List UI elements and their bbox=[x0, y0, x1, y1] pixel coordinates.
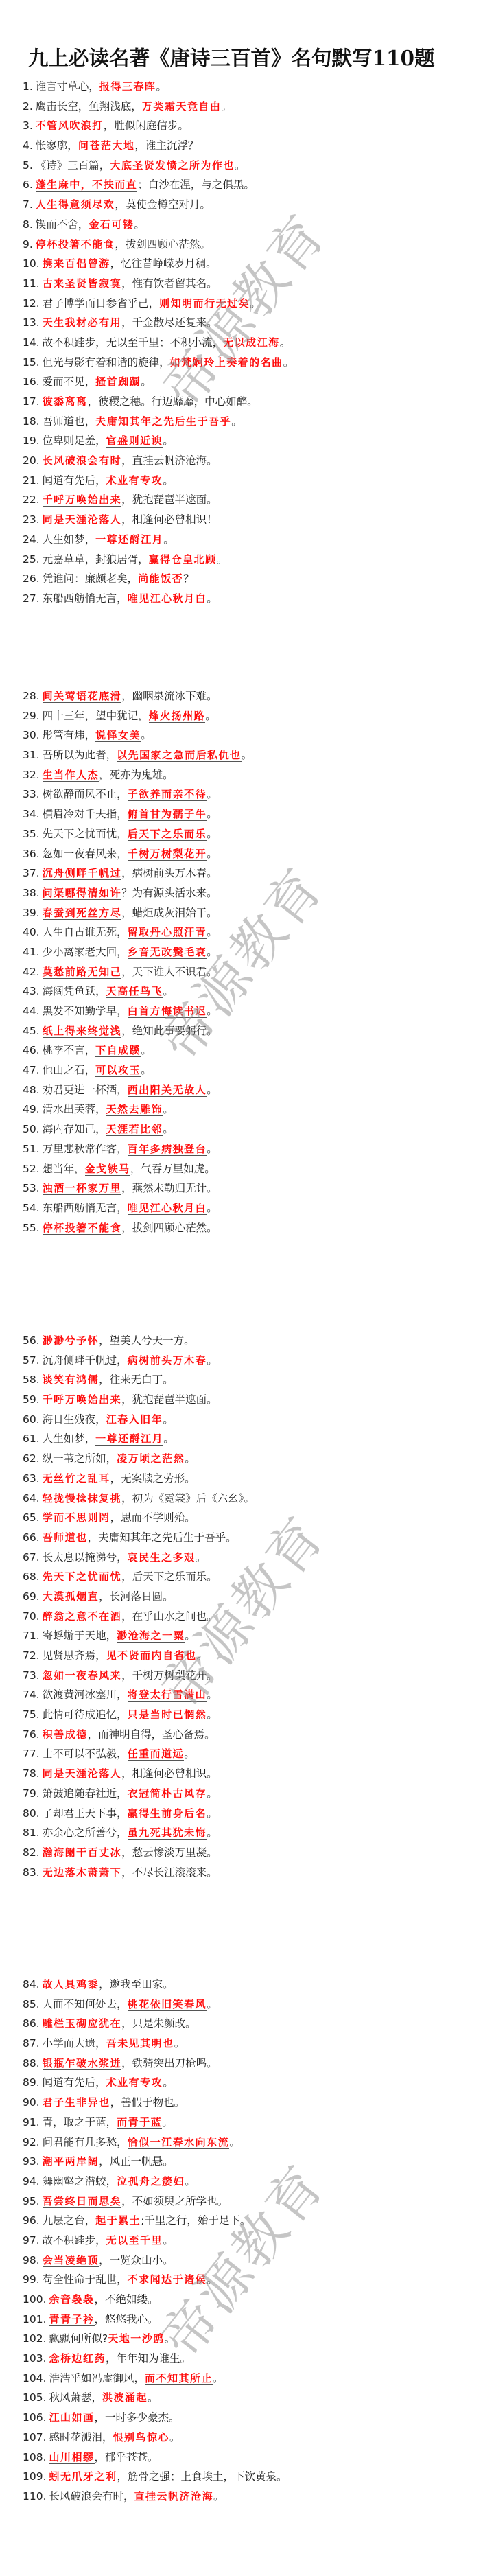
answer-blank: 春蚕到死丝方尽 bbox=[43, 907, 122, 920]
prompt-text: 。 bbox=[134, 218, 145, 231]
prompt-text: 吾所以为此者， bbox=[43, 749, 117, 761]
prompt-text: 树欲静而风不止， bbox=[43, 788, 128, 800]
question-item: 51.万里悲秋常作客，百年多病独登台。 bbox=[23, 1139, 475, 1159]
question-number: 24. bbox=[23, 530, 40, 550]
prompt-text: 小学而大遗， bbox=[43, 2037, 106, 2050]
question-number: 57. bbox=[23, 1351, 40, 1371]
prompt-text: ，往来无白丁。 bbox=[99, 1373, 174, 1386]
prompt-text: 先天下之忧而忧， bbox=[43, 828, 128, 840]
prompt-text: ，夫庸知其年之先后生于吾乎。 bbox=[88, 1531, 237, 1544]
prompt-text: 。 bbox=[207, 946, 217, 958]
question-item: 75.此情可待成追忆，只是当时已惘然。 bbox=[23, 1705, 475, 1725]
question-item: 108.山川相缪，郁乎苍苍。 bbox=[23, 2448, 475, 2468]
question-item: 100.余音袅袅，不绝如缕。 bbox=[23, 2290, 475, 2310]
question-item: 74.欲渡黄河冰塞川，将登太行雪满山。 bbox=[23, 1685, 475, 1705]
prompt-text: 闻道有先后， bbox=[43, 2076, 106, 2089]
prompt-text: 。 bbox=[162, 2116, 173, 2128]
question-number: 38. bbox=[23, 883, 40, 903]
question-item: 50.海内存知己，天涯若比邻。 bbox=[23, 1119, 475, 1139]
prompt-text: 寄蜉蝣于天地， bbox=[43, 1629, 117, 1642]
prompt-text: 君子博学而日参省乎己， bbox=[43, 297, 160, 310]
answer-blank: 大底圣贤发愤之所为作也 bbox=[110, 159, 235, 172]
prompt-text: 。 bbox=[207, 1708, 217, 1721]
prompt-text: 。 bbox=[207, 1005, 217, 1017]
prompt-text: ，郁乎苍苍。 bbox=[95, 2451, 158, 2463]
prompt-text: 。 bbox=[207, 1998, 217, 2010]
prompt-text: 忽如一夜春风来， bbox=[43, 848, 128, 860]
question-item: 49.清水出芙蓉，天然去雕饰。 bbox=[23, 1100, 475, 1119]
prompt-text: 。 bbox=[141, 729, 152, 741]
question-section-3: 56.渺渺兮予怀，望美人兮天一方。57.沉舟侧畔千帆过，病树前头万木春。58.谈… bbox=[23, 1331, 475, 1882]
answer-blank: 银瓶乍破水浆迸 bbox=[43, 2057, 122, 2070]
prompt-text: 人生如梦， bbox=[43, 533, 96, 546]
question-number: 5. bbox=[23, 156, 33, 176]
answer-blank: 古来圣贤皆寂寞 bbox=[43, 277, 122, 290]
prompt-text: ，铁骑突出刀枪鸣。 bbox=[121, 2057, 217, 2069]
question-number: 99. bbox=[23, 2270, 40, 2290]
answer-blank: 问渠哪得清如许 bbox=[43, 887, 122, 900]
question-item: 72.见贤思齐焉，见不贤而内自省也。 bbox=[23, 1646, 475, 1666]
answer-blank: 则知明而行无过矣 bbox=[159, 297, 250, 310]
question-item: 107.感时花溅泪，恨别鸟惊心。 bbox=[23, 2428, 475, 2448]
answer-blank: 报得三春晖 bbox=[99, 80, 156, 93]
prompt-text: 。 bbox=[163, 1123, 174, 1135]
question-item: 19.位卑则足羞，官盛则近谀。 bbox=[23, 431, 475, 451]
prompt-text: 凭谁问：廉颇老矣， bbox=[43, 572, 139, 585]
question-item: 102.飘飘何所似?天地一沙鸥。 bbox=[23, 2329, 475, 2349]
prompt-text: ，相逢何必曾相识。 bbox=[121, 1767, 217, 1780]
question-number: 83. bbox=[23, 1863, 40, 1883]
prompt-text: ，长河落日圆。 bbox=[99, 1590, 174, 1603]
question-number: 78. bbox=[23, 1764, 40, 1784]
answer-blank: 渺渺兮予怀 bbox=[43, 1334, 99, 1347]
prompt-text: 横眉冷对千夫指， bbox=[43, 808, 128, 820]
answer-blank: 子欲养而亲不待 bbox=[128, 788, 207, 801]
prompt-text: 。 bbox=[207, 1807, 217, 1820]
question-number: 13. bbox=[23, 313, 40, 333]
question-number: 22. bbox=[23, 490, 40, 510]
question-item: 65.学而不思则罔，思而不学则殆。 bbox=[23, 1508, 475, 1528]
answer-blank: 潮平两岸阔 bbox=[43, 2155, 99, 2168]
prompt-text: ，一览众山小。 bbox=[99, 2254, 174, 2266]
question-item: 3.不管风吹浪打，胜似闲庭信步。 bbox=[23, 116, 475, 136]
answer-blank: 下自成蹊 bbox=[95, 1044, 141, 1057]
prompt-text: 。 bbox=[229, 2136, 240, 2148]
question-number: 15. bbox=[23, 353, 40, 373]
answer-blank: 千呼万唤始出来 bbox=[43, 1393, 122, 1406]
prompt-text: 长太息以掩涕兮， bbox=[43, 1551, 128, 1564]
prompt-text: 爱而不见， bbox=[43, 375, 96, 388]
prompt-text: 故不积跬步， bbox=[43, 2234, 106, 2247]
prompt-text: ，拔剑四顾心茫然。 bbox=[115, 238, 211, 251]
question-number: 98. bbox=[23, 2251, 40, 2271]
answer-blank: 渺沧海之一粟 bbox=[117, 1629, 185, 1643]
answer-blank: 无以成江海 bbox=[223, 336, 280, 349]
prompt-text: 。 bbox=[165, 2332, 176, 2345]
question-number: 37. bbox=[23, 863, 40, 883]
prompt-text: ；白沙在涅，与之俱黑。 bbox=[137, 178, 255, 191]
answer-blank: 吾师道也 bbox=[43, 1531, 88, 1544]
prompt-text: 。 bbox=[163, 1103, 174, 1115]
prompt-text: 彤管有炜， bbox=[43, 729, 96, 741]
question-number: 108. bbox=[23, 2448, 47, 2468]
question-item: 9.停杯投箸不能食，拔剑四顾心茫然。 bbox=[23, 235, 475, 255]
question-number: 71. bbox=[23, 1626, 40, 1646]
prompt-text: ，筋骨之强；上食埃土，下饮黄泉。 bbox=[117, 2470, 287, 2483]
question-item: 10.携来百侣曾游，忆往昔峥嵘岁月稠。 bbox=[23, 254, 475, 274]
question-item: 48.劝君更进一杯酒，西出阳关无故人。 bbox=[23, 1080, 475, 1100]
answer-blank: 说怿女美 bbox=[95, 729, 141, 742]
prompt-text: 。 bbox=[163, 2076, 174, 2089]
answer-blank: 蚓无爪牙之利 bbox=[49, 2470, 117, 2483]
prompt-text: 。 bbox=[163, 1413, 174, 1426]
question-number: 74. bbox=[23, 1685, 40, 1705]
prompt-text: ？为有源头活水来。 bbox=[121, 887, 217, 899]
question-item: 14.故不积跬步，无以至千里；不积小流，无以成江海。 bbox=[23, 333, 475, 353]
prompt-text: 。 bbox=[217, 553, 228, 566]
question-number: 12. bbox=[23, 294, 40, 314]
prompt-text: 。 bbox=[207, 808, 217, 820]
prompt-text: 浩浩乎如冯虚御风， bbox=[49, 2372, 145, 2384]
prompt-text: ，悠悠我心。 bbox=[95, 2313, 158, 2325]
prompt-text: 九层之台， bbox=[43, 2214, 96, 2227]
question-number: 19. bbox=[23, 431, 40, 451]
answer-blank: 金石可镂 bbox=[89, 218, 134, 231]
prompt-text: 海内存知己， bbox=[43, 1123, 106, 1135]
question-item: 35.先天下之忧而忧，后天下之乐而乐。 bbox=[23, 824, 475, 844]
question-number: 58. bbox=[23, 1370, 40, 1390]
prompt-text: 。 bbox=[163, 434, 174, 447]
answer-blank: 纸上得来终觉浅 bbox=[43, 1025, 122, 1038]
prompt-text: 。 bbox=[207, 592, 217, 605]
question-item: 80.了却君王天下事，赢得生前身后名。 bbox=[23, 1804, 475, 1824]
question-number: 49. bbox=[23, 1100, 40, 1119]
answer-blank: 江山如画 bbox=[49, 2411, 95, 2424]
answer-blank: 而不知其所止 bbox=[145, 2372, 213, 2385]
prompt-text: ，不尽长江滚滚来。 bbox=[121, 1866, 217, 1879]
prompt-text: 万里悲秋常作客， bbox=[43, 1143, 128, 1155]
prompt-text: ，直挂云帆济沧海。 bbox=[121, 454, 217, 467]
question-number: 33. bbox=[23, 785, 40, 804]
question-number: 3. bbox=[23, 116, 33, 136]
prompt-text: 。 bbox=[231, 415, 242, 428]
question-item: 55.停杯投箸不能食，拔剑四顾心茫然。 bbox=[23, 1218, 475, 1238]
prompt-text: 。 bbox=[197, 1649, 208, 1662]
question-number: 51. bbox=[23, 1139, 40, 1159]
prompt-text: 人生自古谁无死， bbox=[43, 926, 128, 938]
question-number: 73. bbox=[23, 1666, 40, 1686]
question-item: 63.无丝竹之乱耳，无案牍之劳形。 bbox=[23, 1469, 475, 1489]
question-number: 82. bbox=[23, 1843, 40, 1863]
question-item: 7.人生得意须尽欢，莫使金樽空对月。 bbox=[23, 195, 475, 215]
answer-blank: 哀民生之多艰 bbox=[128, 1551, 196, 1564]
question-number: 92. bbox=[23, 2133, 40, 2153]
question-item: 4.怅寥廓，问苍茫大地，谁主沉浮？ bbox=[23, 136, 475, 156]
question-item: 70.醉翁之意不在酒，在乎山水之间也。 bbox=[23, 1607, 475, 1627]
question-number: 42. bbox=[23, 962, 40, 982]
prompt-text: 问君能有几多愁， bbox=[43, 2136, 128, 2148]
prompt-text: 。 bbox=[169, 2431, 180, 2444]
question-item: 87.小学而大遗，吾未见其明也。 bbox=[23, 2034, 475, 2054]
question-number: 65. bbox=[23, 1508, 40, 1528]
prompt-text: 东船西舫悄无言， bbox=[43, 1202, 128, 1214]
question-item: 21.闻道有先后，术业有专攻。 bbox=[23, 471, 475, 491]
question-item: 88.银瓶乍破水浆迸，铁骑突出刀枪鸣。 bbox=[23, 2054, 475, 2074]
prompt-text: 。 bbox=[141, 1044, 152, 1056]
question-item: 66.吾师道也，夫庸知其年之先后生于吾乎。 bbox=[23, 1528, 475, 1548]
question-number: 95. bbox=[23, 2192, 40, 2212]
prompt-text: ，忆往昔峥嵘岁月稠。 bbox=[110, 257, 217, 270]
question-number: 56. bbox=[23, 1331, 40, 1351]
question-item: 32.生当作人杰，死亦为鬼雄。 bbox=[23, 765, 475, 785]
question-number: 28. bbox=[23, 686, 40, 706]
prompt-text: 位卑则足羞， bbox=[43, 434, 106, 447]
prompt-text: 此情可待成追忆， bbox=[43, 1708, 128, 1721]
question-item: 22.千呼万唤始出来，犹抱琵琶半遮面。 bbox=[23, 490, 475, 510]
question-item: 59.千呼万唤始出来，犹抱琵琶半遮面。 bbox=[23, 1390, 475, 1410]
question-section-1: 1.谁言寸草心，报得三春晖。2.鹰击长空，鱼翔浅底，万类霜天竞自由。3.不管风吹… bbox=[23, 77, 475, 609]
answer-blank: 青青子衿 bbox=[49, 2313, 95, 2326]
question-number: 110. bbox=[23, 2487, 47, 2507]
answer-blank: 只是当时已惘然 bbox=[128, 1708, 207, 1721]
answer-blank: 谈笑有鸿儒 bbox=[43, 1373, 99, 1386]
answer-blank: 任重而道远 bbox=[128, 1748, 185, 1761]
question-item: 58.谈笑有鸿儒，往来无白丁。 bbox=[23, 1370, 475, 1390]
answer-blank: 停杯投箸不能食 bbox=[36, 238, 115, 251]
question-number: 67. bbox=[23, 1548, 40, 1568]
answer-blank: 江春入旧年 bbox=[106, 1413, 163, 1426]
prompt-text: 。 bbox=[283, 356, 294, 369]
prompt-text: ，一时多少豪杰。 bbox=[95, 2411, 180, 2424]
question-number: 68. bbox=[23, 1567, 40, 1587]
question-item: 60.海日生残夜，江春入旧年。 bbox=[23, 1410, 475, 1430]
question-number: 91. bbox=[23, 2113, 40, 2133]
answer-blank: 可以攻玉 bbox=[95, 1064, 141, 1077]
question-item: 97.故不积跬步，无以至千里。 bbox=[23, 2231, 475, 2251]
prompt-text: 故不积跬步，无以至千里；不积小流， bbox=[43, 336, 224, 349]
question-number: 50. bbox=[23, 1119, 40, 1139]
answer-blank: 无边落木萧萧下 bbox=[43, 1866, 122, 1879]
answer-blank: 天地一沙鸥 bbox=[108, 2332, 165, 2345]
prompt-text: ，无案牍之劳形。 bbox=[110, 1472, 196, 1485]
question-item: 62.纵一苇之所如，凌万顷之茫然。 bbox=[23, 1449, 475, 1469]
answer-blank: 无以至千里 bbox=[106, 2234, 163, 2247]
prompt-text: 。 bbox=[163, 2234, 174, 2247]
answer-blank: 沉舟侧畔千帆过 bbox=[43, 867, 122, 880]
question-item: 45.纸上得来终觉浅，绝知此事要躬行。 bbox=[23, 1021, 475, 1041]
answer-blank: 无丝竹之乱耳 bbox=[43, 1472, 110, 1485]
answer-blank: 雕栏玉砌应犹在 bbox=[43, 2017, 122, 2030]
prompt-text: 。 bbox=[207, 848, 217, 860]
answer-blank: 将登太行雪满山 bbox=[128, 1689, 207, 1702]
prompt-text: 。 bbox=[250, 297, 261, 310]
prompt-text: ，而神明自得，圣心备焉。 bbox=[88, 1728, 215, 1741]
question-item: 23.同是天涯沦落人，相逢何必曾相识！ bbox=[23, 510, 475, 530]
prompt-text: 。 bbox=[174, 2037, 185, 2050]
question-number: 107. bbox=[23, 2428, 47, 2448]
answer-blank: 会当凌绝顶 bbox=[43, 2254, 99, 2267]
answer-blank: 天高任鸟飞 bbox=[106, 985, 163, 998]
question-item: 73.忽如一夜春风来，千树万树梨花开。 bbox=[23, 1666, 475, 1686]
question-number: 6. bbox=[23, 175, 33, 195]
question-item: 26.凭谁问：廉颇老矣，尚能饭否？ bbox=[23, 569, 475, 589]
question-number: 100. bbox=[23, 2290, 47, 2310]
prompt-text: 。 bbox=[163, 1432, 174, 1445]
question-number: 26. bbox=[23, 569, 40, 589]
answer-blank: 彼黍离离 bbox=[43, 395, 88, 408]
answer-blank: 念桥边红药 bbox=[49, 2352, 106, 2365]
question-item: 93.潮平两岸阔，风正一帆悬。 bbox=[23, 2152, 475, 2172]
prompt-text: 纵一苇之所如， bbox=[43, 1452, 117, 1465]
question-number: 2. bbox=[23, 97, 33, 117]
question-item: 69.大漠孤烟直，长河落日圆。 bbox=[23, 1587, 475, 1607]
question-item: 81.亦余心之所善兮，虽九死其犹未悔。 bbox=[23, 1823, 475, 1843]
question-number: 60. bbox=[23, 1410, 40, 1430]
prompt-text: 亦余心之所善兮， bbox=[43, 1826, 128, 1839]
prompt-text: 了却君王天下事， bbox=[43, 1807, 128, 1820]
prompt-text: 海阔凭鱼跃， bbox=[43, 985, 106, 997]
prompt-text: ，燕然未勒归无计。 bbox=[121, 1182, 217, 1194]
question-number: 104. bbox=[23, 2369, 47, 2389]
prompt-text: ，不绝如缕。 bbox=[95, 2293, 158, 2306]
answer-blank: 凌万顷之茫然 bbox=[117, 1452, 185, 1465]
question-item: 90.君子生非异也，善假于物也。 bbox=[23, 2093, 475, 2113]
prompt-text: 想当年， bbox=[43, 1163, 85, 1175]
prompt-text: ，千树万树梨花开。 bbox=[121, 1669, 217, 1682]
question-item: 91.青，取之于蓝，而青于蓝。 bbox=[23, 2113, 475, 2133]
prompt-text: 。 bbox=[185, 1452, 196, 1465]
prompt-text: 清水出芙蓉， bbox=[43, 1103, 106, 1115]
question-item: 27.东船西舫悄无言，唯见江心秋月白。 bbox=[23, 589, 475, 609]
question-number: 30. bbox=[23, 726, 40, 745]
question-number: 41. bbox=[23, 942, 40, 962]
prompt-text: ，绝知此事要躬行。 bbox=[121, 1025, 217, 1037]
answer-blank: 同是天涯沦落人 bbox=[43, 1767, 122, 1780]
prompt-text: 。 bbox=[207, 788, 217, 800]
question-item: 68.先天下之忧而忧，后天下之乐而乐。 bbox=[23, 1567, 475, 1587]
prompt-text: ？ bbox=[183, 572, 194, 585]
prompt-text: 人生如梦， bbox=[43, 1432, 96, 1445]
prompt-text: ，蜡炬成灰泪始干。 bbox=[121, 907, 217, 919]
answer-blank: 百年多病独登台 bbox=[128, 1143, 207, 1156]
prompt-text: 箫鼓追随春社近， bbox=[43, 1787, 128, 1800]
answer-blank: 间关莺语花底滑 bbox=[43, 690, 122, 703]
prompt-text: ，在乎山水之间也。 bbox=[121, 1610, 217, 1623]
question-number: 102. bbox=[23, 2329, 47, 2349]
answer-blank: 恰似一江春水向东流 bbox=[128, 2136, 230, 2149]
question-number: 29. bbox=[23, 706, 40, 726]
question-item: 47.他山之石，可以攻玉。 bbox=[23, 1060, 475, 1080]
prompt-text: 。 bbox=[207, 828, 217, 840]
question-item: 101.青青子衿，悠悠我心。 bbox=[23, 2310, 475, 2330]
answer-blank: 乡音无改鬓毛衰 bbox=[128, 946, 207, 959]
question-number: 18. bbox=[23, 412, 40, 432]
question-number: 94. bbox=[23, 2172, 40, 2192]
question-item: 20.长风破浪会有时，直挂云帆济沧海。 bbox=[23, 451, 475, 471]
question-number: 64. bbox=[23, 1489, 40, 1509]
question-item: 67.长太息以掩涕兮，哀民生之多艰。 bbox=[23, 1548, 475, 1568]
question-number: 106. bbox=[23, 2408, 47, 2428]
prompt-text: 。 bbox=[163, 533, 174, 546]
prompt-text: 士不可以不弘毅， bbox=[43, 1748, 128, 1760]
prompt-text: ，死亦为鬼雄。 bbox=[99, 769, 174, 781]
answer-blank: 官盛则近谀 bbox=[106, 434, 163, 448]
question-number: 23. bbox=[23, 510, 40, 530]
answer-blank: 余音袅袅 bbox=[49, 2293, 95, 2306]
prompt-text: 。 bbox=[141, 375, 152, 388]
question-number: 44. bbox=[23, 1001, 40, 1021]
prompt-text: 长风破浪会有时， bbox=[49, 2490, 134, 2503]
prompt-text: ，年年知为谁生。 bbox=[106, 2352, 191, 2365]
question-item: 61.人生如梦，一尊还酹江月。 bbox=[23, 1429, 475, 1449]
answer-blank: 尚能饭否 bbox=[138, 572, 183, 585]
answer-blank: 天生我材必有用 bbox=[43, 316, 122, 329]
question-item: 36.忽如一夜春风来，千树万树梨花开。 bbox=[23, 844, 475, 864]
question-item: 37.沉舟侧畔千帆过，病树前头万木春。 bbox=[23, 863, 475, 883]
question-item: 110.长风破浪会有时，直挂云帆济沧海。 bbox=[23, 2487, 475, 2507]
question-item: 86.雕栏玉砌应犹在，只是朱颜改。 bbox=[23, 2014, 475, 2034]
prompt-text: 。 bbox=[184, 1748, 195, 1760]
question-item: 5.《诗》三百篇，大底圣贤发愤之所为作也。 bbox=[23, 156, 475, 176]
question-item: 92.问君能有几多愁，恰似一江春水向东流。 bbox=[23, 2133, 475, 2153]
question-item: 53.浊酒一杯家万里，燕然未勒归无计。 bbox=[23, 1179, 475, 1198]
answer-blank: 恨别鸟惊心 bbox=[113, 2431, 170, 2444]
question-number: 7. bbox=[23, 195, 33, 215]
prompt-text: 。 bbox=[213, 2372, 224, 2384]
question-item: 39.春蚕到死丝方尽，蜡炬成灰泪始干。 bbox=[23, 903, 475, 923]
prompt-text: 见贤思齐焉， bbox=[43, 1649, 106, 1662]
answer-blank: 蓬生麻中，不扶而直 bbox=[36, 178, 138, 192]
question-number: 86. bbox=[23, 2014, 40, 2034]
prompt-text: ，拔剑四顾心茫然。 bbox=[121, 1222, 217, 1234]
question-number: 36. bbox=[23, 844, 40, 864]
answer-blank: 携来百侣曾游 bbox=[43, 257, 110, 270]
prompt-text: 苟全性命于乱世， bbox=[43, 2273, 128, 2286]
prompt-text: 沉舟侧畔千帆过， bbox=[43, 1354, 128, 1367]
prompt-text: ，莫使金樽空对月。 bbox=[115, 198, 211, 211]
prompt-text: ，气吞万里如虎。 bbox=[130, 1163, 215, 1175]
question-number: 53. bbox=[23, 1179, 40, 1198]
prompt-text: ，思而不学则殆。 bbox=[110, 1511, 196, 1524]
prompt-text: 劝君更进一杯酒， bbox=[43, 1084, 128, 1096]
answer-blank: 故人具鸡黍 bbox=[43, 1978, 99, 1991]
question-number: 47. bbox=[23, 1060, 40, 1080]
question-item: 41.少小离家老大回，乡音无改鬓毛衰。 bbox=[23, 942, 475, 962]
question-number: 48. bbox=[23, 1080, 40, 1100]
question-number: 93. bbox=[23, 2152, 40, 2172]
question-number: 34. bbox=[23, 804, 40, 824]
question-number: 16. bbox=[23, 372, 40, 392]
prompt-text: 海日生残夜， bbox=[43, 1413, 106, 1426]
prompt-text: 。 bbox=[221, 100, 232, 113]
answer-blank: 起于累土 bbox=[95, 2214, 141, 2227]
prompt-text: 感时花溅泪， bbox=[49, 2431, 113, 2444]
question-number: 54. bbox=[23, 1198, 40, 1218]
question-number: 77. bbox=[23, 1744, 40, 1764]
answer-blank: 金戈铁马 bbox=[85, 1163, 130, 1176]
question-item: 105.秋风萧瑟，洪波涌起。 bbox=[23, 2388, 475, 2408]
question-number: 75. bbox=[23, 1705, 40, 1725]
question-item: 95.吾尝终日而思矣，不如须臾之所学也。 bbox=[23, 2192, 475, 2212]
prompt-text: ，犹抱琵琶半遮面。 bbox=[121, 1393, 217, 1406]
prompt-text: 。 bbox=[213, 2490, 224, 2503]
question-number: 61. bbox=[23, 1429, 40, 1449]
prompt-text: 。 bbox=[163, 985, 174, 997]
prompt-text: 。 bbox=[207, 1143, 217, 1155]
answer-blank: 以先国家之急而后私仇也 bbox=[117, 749, 242, 762]
prompt-text: 。 bbox=[148, 2391, 158, 2404]
answer-blank: 而青于蓝 bbox=[117, 2116, 162, 2129]
